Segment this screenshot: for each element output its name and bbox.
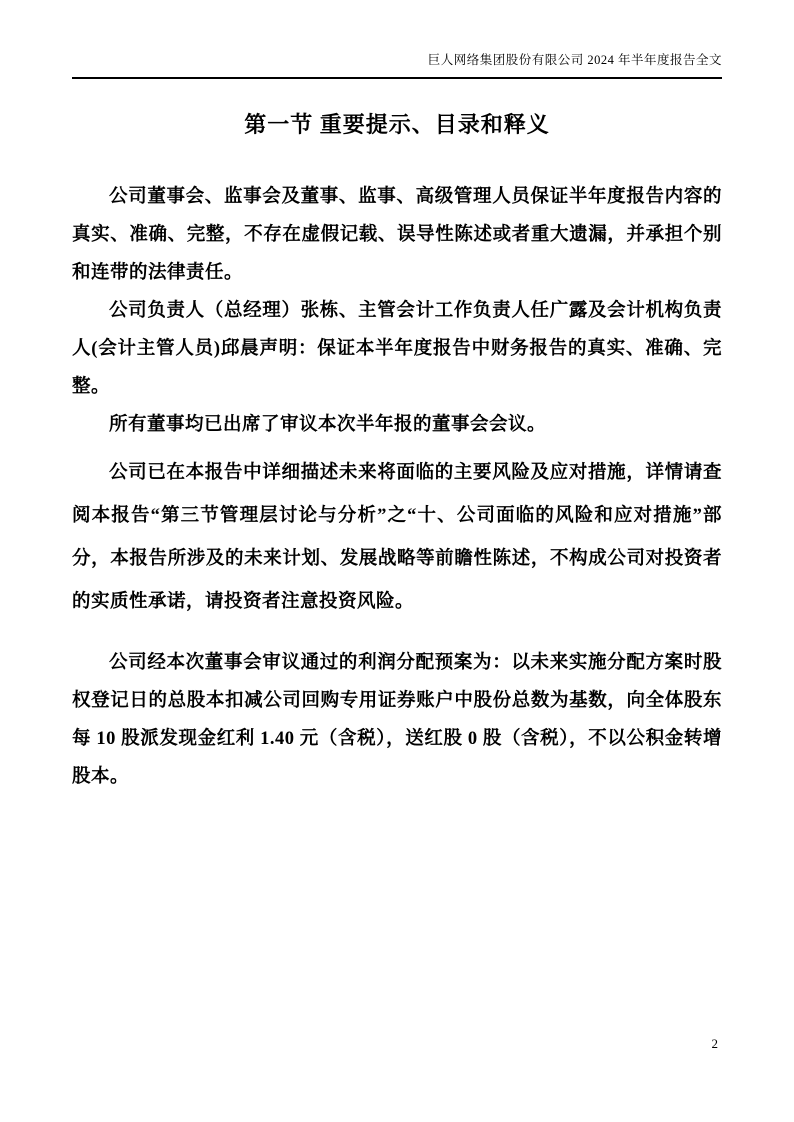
header-report-title: 巨人网络集团股份有限公司 2024 年半年度报告全文 xyxy=(72,50,722,68)
paragraph-risk-statement: 公司已在本报告中详细描述未来将面临的主要风险及应对措施，详情请查阅本报告“第三节… xyxy=(72,452,722,624)
document-body: 公司董事会、监事会及董事、监事、高级管理人员保证半年度报告内容的真实、准确、完整… xyxy=(72,178,722,796)
page-header: 巨人网络集团股份有限公司 2024 年半年度报告全文 xyxy=(72,0,722,79)
paragraph-profit-distribution: 公司经本次董事会审议通过的利润分配预案为：以未来实施分配方案时股权登记日的总股本… xyxy=(72,644,722,796)
paragraph-responsible-persons: 公司负责人（总经理）张栋、主管会计工作负责人任广露及会计机构负责人(会计主管人员… xyxy=(72,292,722,406)
section-title: 第一节 重要提示、目录和释义 xyxy=(72,109,722,141)
paragraph-directors-attendance: 所有董事均已出席了审议本次半年报的董事会会议。 xyxy=(72,406,722,444)
page-number: 2 xyxy=(712,1036,719,1052)
report-page: 巨人网络集团股份有限公司 2024 年半年度报告全文 第一节 重要提示、目录和释… xyxy=(0,0,794,1122)
paragraph-board-guarantee: 公司董事会、监事会及董事、监事、高级管理人员保证半年度报告内容的真实、准确、完整… xyxy=(72,178,722,292)
